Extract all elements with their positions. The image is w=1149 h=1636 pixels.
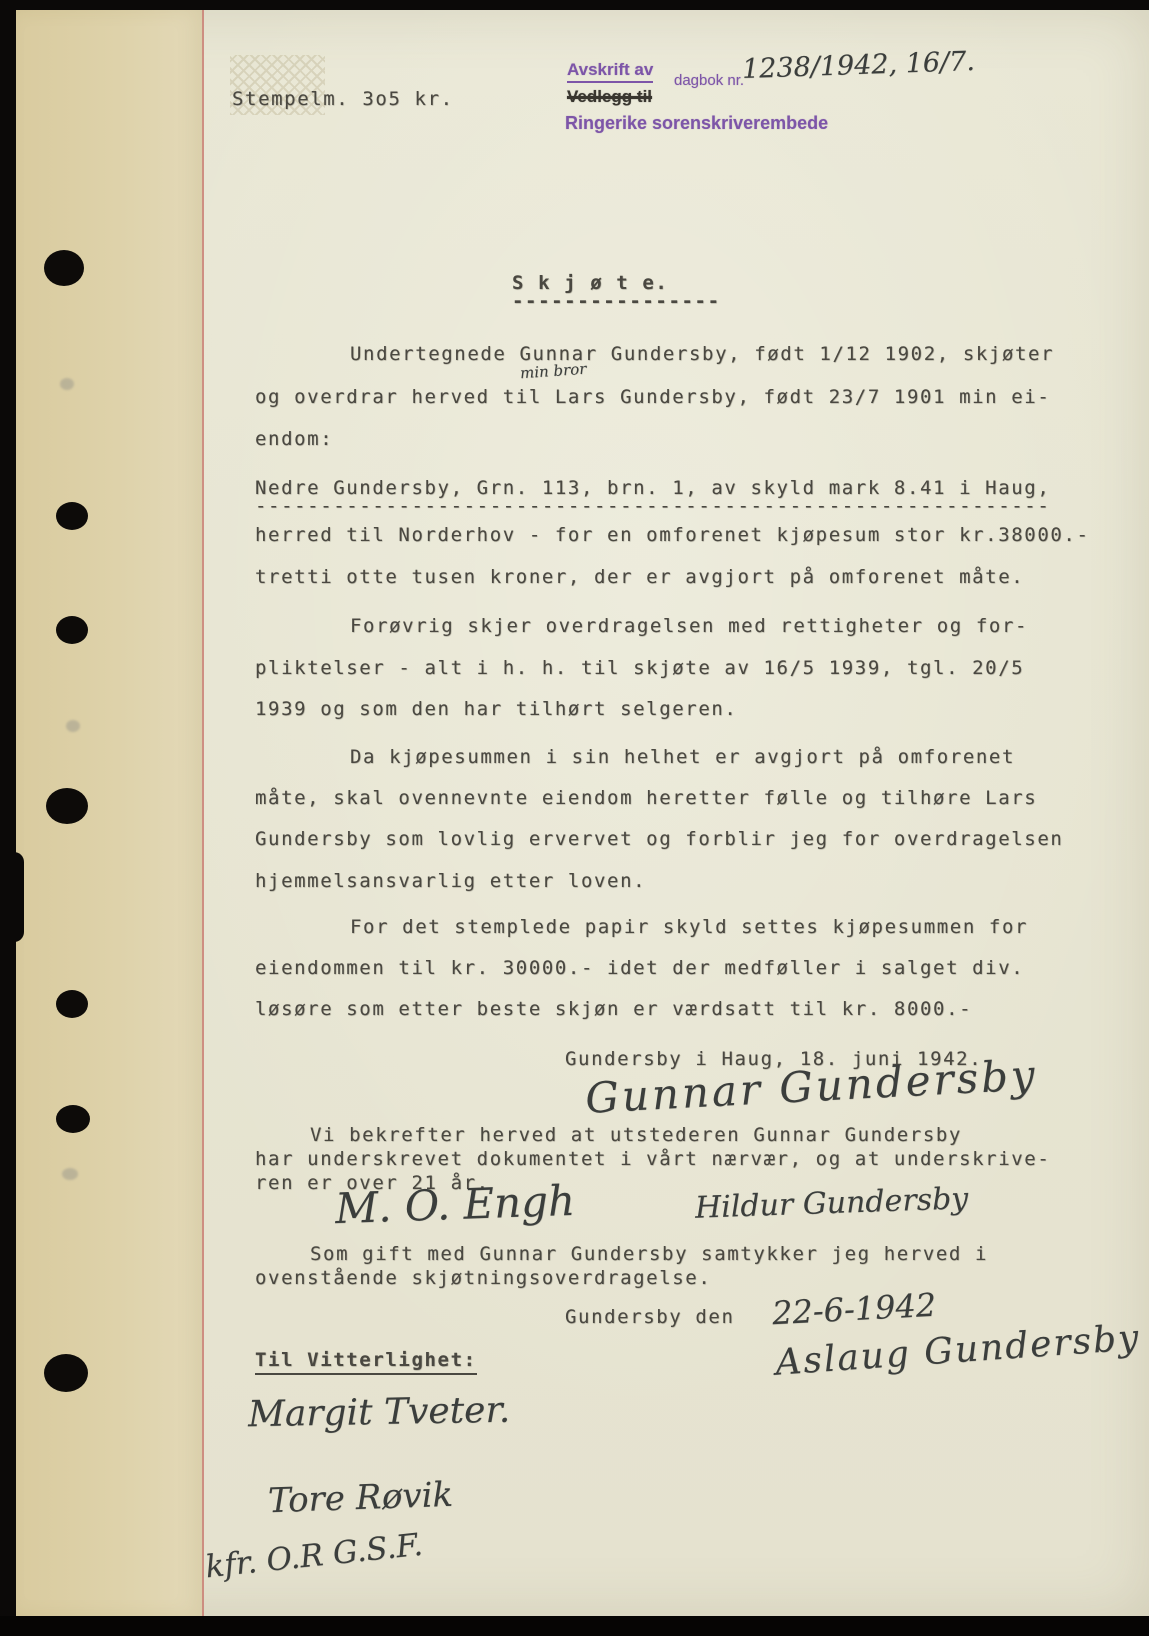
body-line: måte, skal ovennevnte eiendom heretter f… xyxy=(255,787,1037,809)
stamp-avskrift-av: Avskrift av xyxy=(567,60,653,83)
place-date-label: Gundersby den xyxy=(565,1306,735,1328)
body-line: Forøvrig skjer overdragelsen med rettigh… xyxy=(350,615,1028,637)
document-scan: Stempelm. 3o5 kr. Avskrift av Vedlegg ti… xyxy=(0,0,1149,1636)
attestation-line: Vi bekrefter herved at utstederen Gunnar… xyxy=(310,1124,962,1146)
body-line: endom: xyxy=(255,428,333,450)
punch-hole xyxy=(46,788,88,824)
paper-edge-notch xyxy=(10,852,24,942)
body-line: løsøre som etter beste skjøn er værdsatt… xyxy=(255,998,972,1020)
witness-heading: Til Vitterlighet: xyxy=(255,1349,477,1371)
consent-line: ovenstående skjøtningsoverdragelse. xyxy=(255,1267,711,1289)
consent-line: Som gift med Gunnar Gundersby samtykker … xyxy=(310,1243,988,1265)
body-line: Undertegnede Gunnar Gundersby, født 1/12… xyxy=(350,343,1054,365)
body-line: og overdrar herved til Lars Gundersby, f… xyxy=(255,386,1050,408)
stamp-duty-note: Stempelm. 3o5 kr. xyxy=(232,88,454,110)
punch-hole xyxy=(44,1354,88,1392)
paper-speck xyxy=(62,1168,78,1180)
punch-hole xyxy=(56,502,88,530)
body-line: 1939 og som den har tilhørt selgeren. xyxy=(255,698,737,720)
witness-heading-text: Til Vitterlighet: xyxy=(255,1349,477,1375)
stamp-dagbok-nr: dagbok nr. xyxy=(674,72,744,89)
paper-speck xyxy=(60,378,74,390)
punch-hole xyxy=(56,990,88,1018)
signature-witness-margit: Margit Tveter. xyxy=(248,1390,511,1436)
body-line: eiendommen til kr. 30000.- idet der medf… xyxy=(255,957,1024,979)
stamp-office-name: Ringerike sorenskriverembede xyxy=(565,113,828,134)
stamp-vedlegg-til: Vedlegg til xyxy=(567,87,652,107)
body-separator-line: ----------------------------------------… xyxy=(255,495,1050,517)
punch-hole xyxy=(44,250,84,286)
attestation-line: har underskrevet dokumentet i vårt nærvæ… xyxy=(255,1148,1050,1170)
deed-title-underline: ---------------- xyxy=(512,290,721,312)
red-margin-line xyxy=(202,10,204,1616)
body-line: Gundersby som lovlig ervervet og forblir… xyxy=(255,828,1063,850)
scan-bottom-edge xyxy=(0,1616,1149,1636)
body-line: For det stemplede papir skyld settes kjø… xyxy=(350,916,1028,938)
body-line: pliktelser - alt i h. h. til skjøte av 1… xyxy=(255,657,1024,679)
signature-witness-engh: M. O. Engh xyxy=(334,1176,576,1233)
paper-sheet xyxy=(16,10,1149,1616)
body-line: Da kjøpesummen i sin helhet er avgjort p… xyxy=(350,746,1015,768)
punch-hole xyxy=(56,616,88,644)
body-line: herred til Norderhov - for en omforenet … xyxy=(255,524,1090,546)
body-line: tretti otte tusen kroner, der er avgjort… xyxy=(255,566,1024,588)
body-line: hjemmelsansvarlig etter loven. xyxy=(255,870,646,892)
signature-witness-tore: Tore Røvik xyxy=(267,1475,453,1521)
paper-speck xyxy=(66,720,80,732)
punch-hole xyxy=(56,1105,90,1133)
